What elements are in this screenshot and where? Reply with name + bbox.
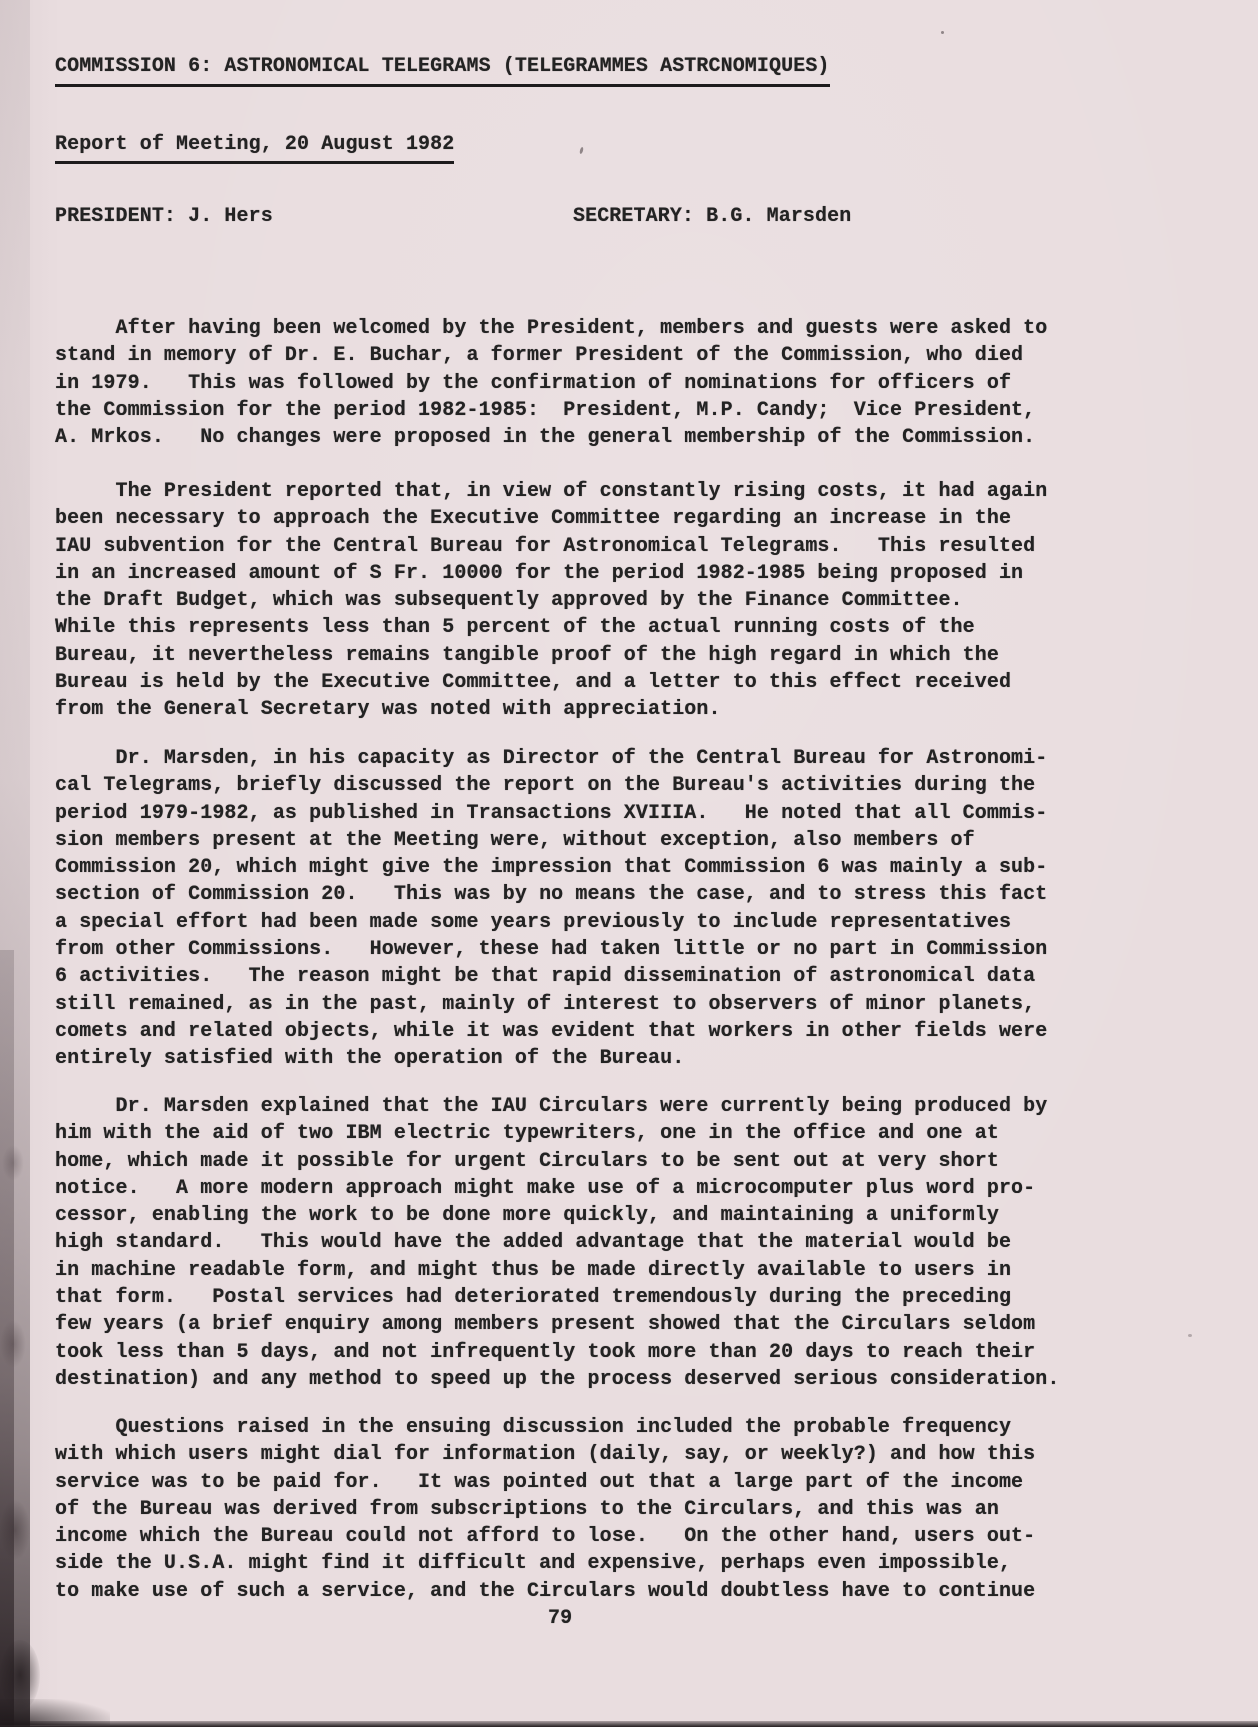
ink-speck	[941, 31, 944, 34]
scan-blotch	[0, 1320, 26, 1368]
scan-blotch	[0, 1640, 40, 1710]
document-title: COMMISSION 6: ASTRONOMICAL TELEGRAMS (TE…	[55, 53, 830, 87]
bottom-scan-strip	[0, 1721, 1258, 1727]
scan-blotch	[0, 1500, 30, 1560]
paragraph-discussion-questions: Questions raised in the ensuing discussi…	[55, 1414, 1035, 1605]
page-number: 79	[548, 1605, 572, 1632]
scanned-page: COMMISSION 6: ASTRONOMICAL TELEGRAMS (TE…	[0, 0, 1258, 1727]
meeting-subtitle: Report of Meeting, 20 August 1982	[55, 131, 454, 164]
ink-speck	[579, 147, 584, 155]
left-edge-scan-smudge-dark	[0, 950, 14, 1727]
paragraph-bureau-report: Dr. Marsden, in his capacity as Director…	[55, 745, 1047, 1073]
president-label: PRESIDENT: J. Hers	[55, 203, 273, 230]
bottom-left-corner-smudge	[0, 1699, 110, 1725]
officers-row: PRESIDENT: J. Hers SECRETARY: B.G. Marsd…	[0, 203, 1258, 231]
paragraph-subvention-budget: The President reported that, in view of …	[55, 478, 1047, 724]
left-edge-scan-smudge	[0, 0, 30, 1727]
scan-blotch	[2, 1145, 24, 1181]
paragraph-welcome-nominations: After having been welcomed by the Presid…	[55, 315, 1047, 451]
paragraph-circulars-production: Dr. Marsden explained that the IAU Circu…	[55, 1093, 1059, 1393]
secretary-label: SECRETARY: B.G. Marsden	[573, 203, 851, 230]
ink-speck	[1188, 1334, 1192, 1337]
